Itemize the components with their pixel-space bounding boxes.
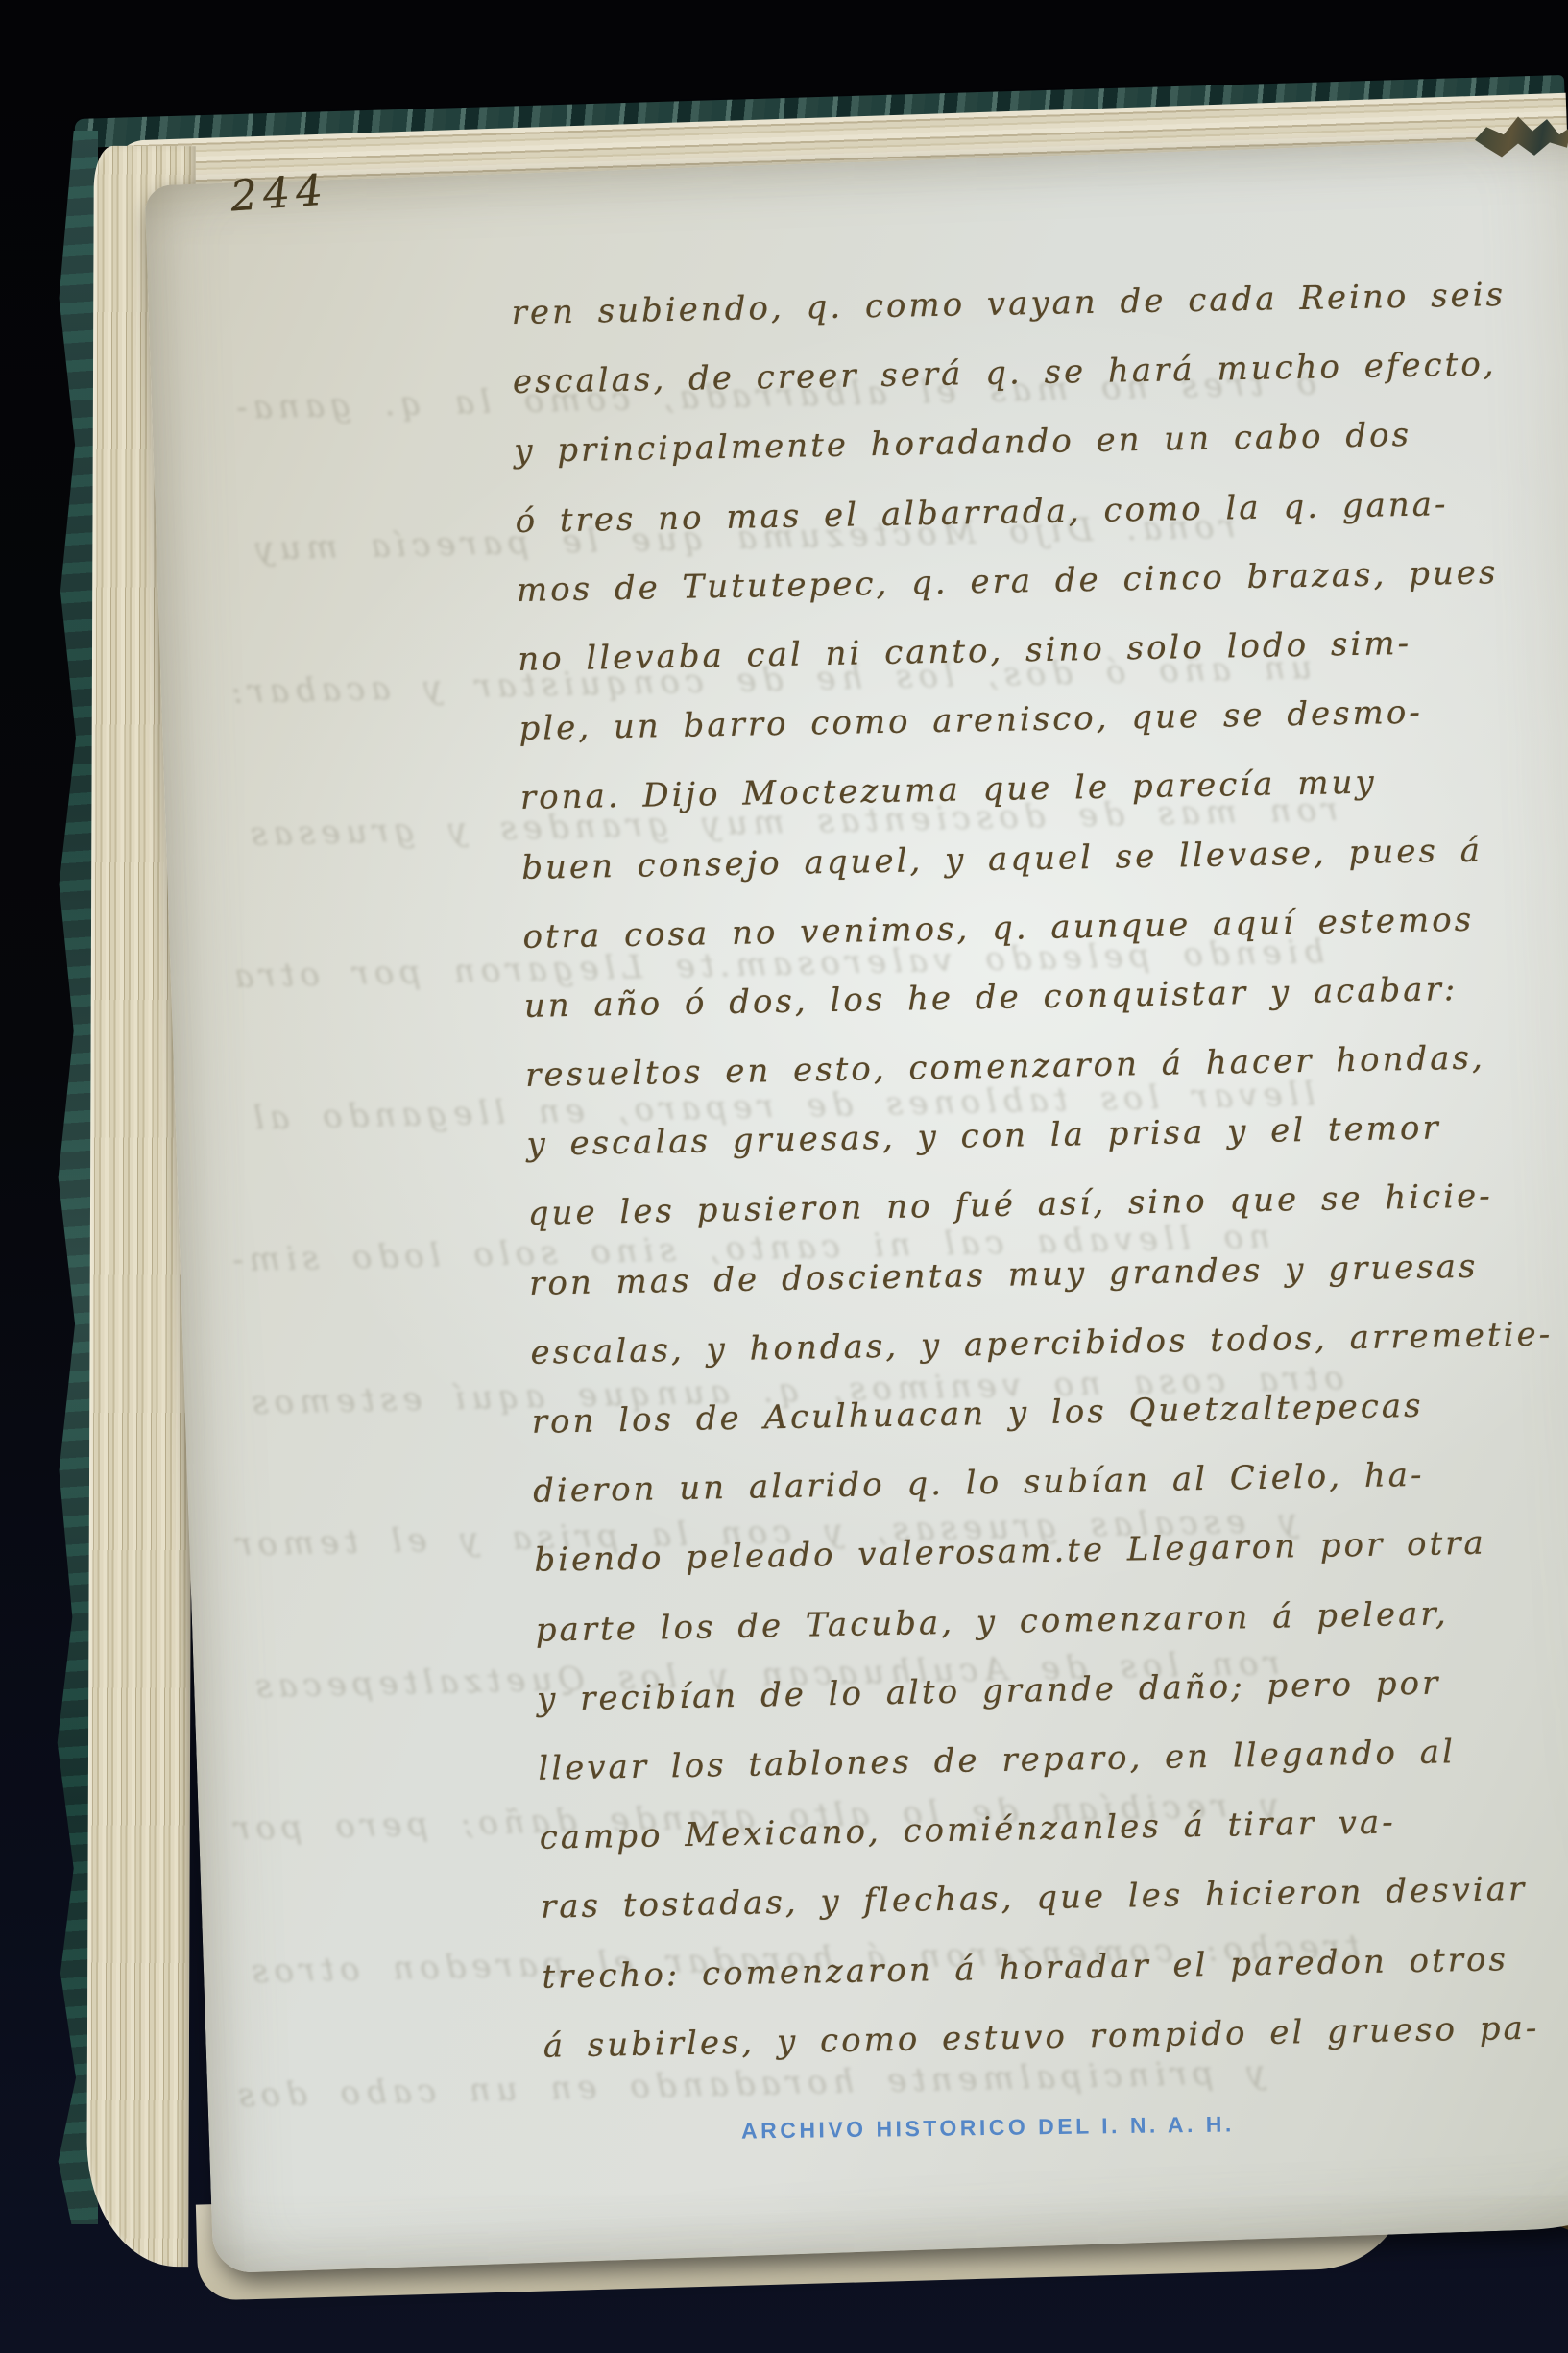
folio-page-number: 244 bbox=[229, 166, 329, 222]
photograph-background: ó tres no mas el albarrada, como la q. g… bbox=[0, 0, 1568, 2353]
manuscript-text-block: ren subiendo, q. como vayan de cada Rein… bbox=[511, 259, 1568, 2080]
